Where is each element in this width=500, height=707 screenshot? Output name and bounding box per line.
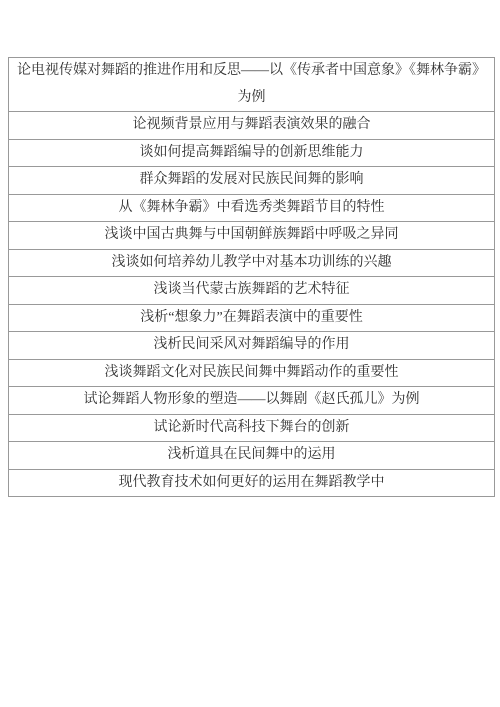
table-row: 现代教育技术如何更好的运用在舞蹈教学中 [9, 470, 494, 497]
table-row: 浅析民间采风对舞蹈编导的作用 [9, 332, 494, 360]
table-row: 浅谈当代蒙古族舞蹈的艺术特征 [9, 277, 494, 305]
table-row: 浅析道具在民间舞中的运用 [9, 442, 494, 470]
table-row: 浅谈舞蹈文化对民族民间舞中舞蹈动作的重要性 [9, 360, 494, 388]
table-row: 试论新时代高科技下舞台的创新 [9, 415, 494, 443]
table-row: 浅析“想象力”在舞蹈表演中的重要性 [9, 305, 494, 333]
table-row: 论电视传媒对舞蹈的推进作用和反思——以《传承者中国意象》《舞林争霸》为例 [9, 58, 494, 112]
table-row: 浅谈中国古典舞与中国朝鲜族舞蹈中呼吸之异同 [9, 222, 494, 250]
table-row: 浅谈如何培养幼儿教学中对基本功训练的兴趣 [9, 250, 494, 278]
table-row: 从《舞林争霸》中看选秀类舞蹈节目的特性 [9, 195, 494, 223]
paper-titles-table: 论电视传媒对舞蹈的推进作用和反思——以《传承者中国意象》《舞林争霸》为例论视频背… [8, 57, 495, 497]
table-row: 谈如何提高舞蹈编导的创新思维能力 [9, 140, 494, 168]
table-row: 试论舞蹈人物形象的塑造——以舞剧《赵氏孤儿》为例 [9, 387, 494, 415]
table-row: 群众舞蹈的发展对民族民间舞的影响 [9, 167, 494, 195]
table-row: 论视频背景应用与舞蹈表演效果的融合 [9, 112, 494, 140]
